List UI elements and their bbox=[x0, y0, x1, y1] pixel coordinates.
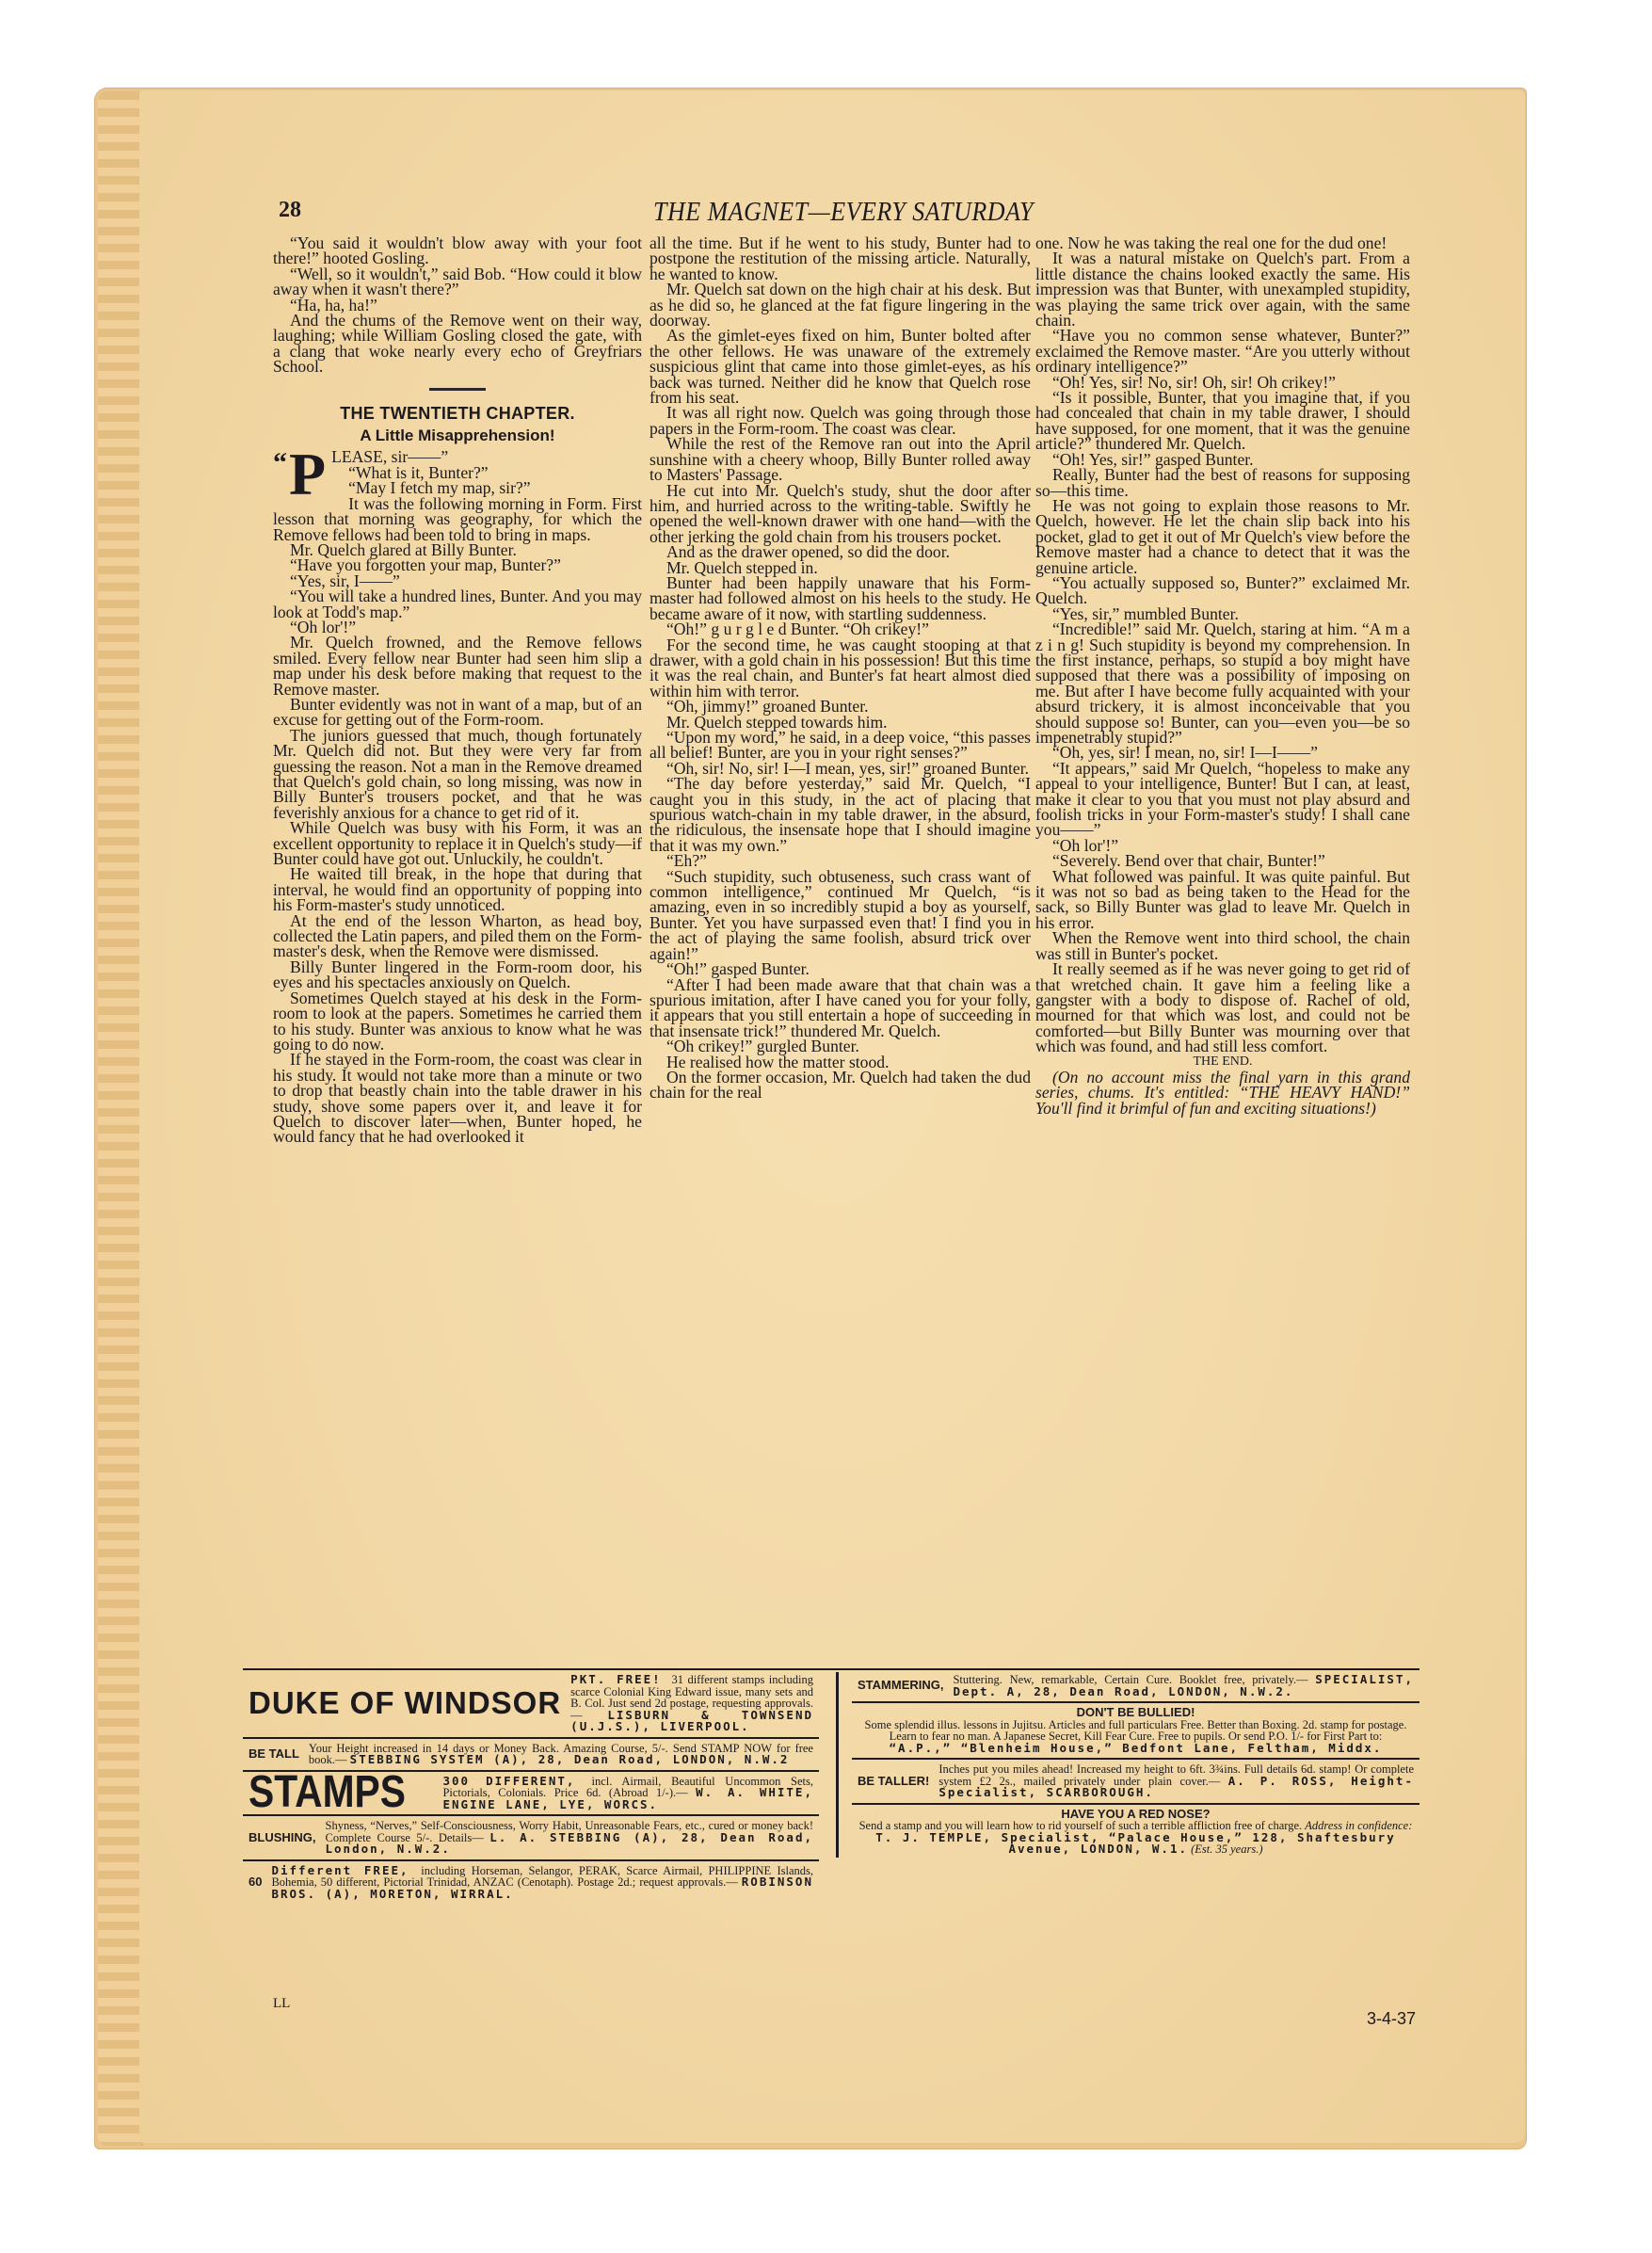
column-1-body: “What is it, Bunter?”“May I fetch my map… bbox=[273, 465, 642, 1145]
ad-headline-row: BE TALLER!Inches put you miles ahead! In… bbox=[858, 1763, 1414, 1799]
story-paragraph: While the rest of the Remove ran out int… bbox=[650, 436, 1031, 482]
printer-code: LL bbox=[273, 1996, 290, 2012]
ad-be-taller: BE TALLER!Inches put you miles ahead! In… bbox=[852, 1762, 1419, 1801]
column-2-body: all the time. But if he went to his stud… bbox=[650, 235, 1031, 1101]
story-column-2: all the time. But if he went to his stud… bbox=[650, 235, 1031, 1101]
story-paragraph: “The day before yesterday,” said Mr. Que… bbox=[650, 776, 1031, 853]
ad-headline-row: STAMMERING,Stuttering. New, remarkable, … bbox=[858, 1674, 1414, 1698]
ad-divider bbox=[852, 1803, 1419, 1805]
ad-body: Different FREE, including Horseman, Sela… bbox=[271, 1865, 813, 1901]
story-paragraph: “Have you no common sense whatever, Bunt… bbox=[1035, 328, 1410, 374]
ad-advertiser: STEBBING SYSTEM (A), 28, Dean Road, LOND… bbox=[350, 1752, 790, 1766]
story-paragraph: Bunter had been happily unaware that his… bbox=[650, 575, 1031, 621]
ad-sixty: 60Different FREE, including Horseman, Se… bbox=[243, 1863, 819, 1903]
story-paragraph: all the time. But if he went to his stud… bbox=[650, 235, 1031, 282]
ad-headline: BE TALLER! bbox=[858, 1776, 929, 1788]
ad-headline-row: DUKE OF WINDSORPKT. FREE! 31 different s… bbox=[249, 1674, 813, 1733]
magazine-title: THE MAGNET—EVERY SATURDAY bbox=[279, 197, 1408, 228]
ad-body-text: Some splendid illus. lessons in Jujitsu.… bbox=[865, 1718, 1407, 1744]
ad-headline-row: BE TALLYour Height increased in 14 days … bbox=[249, 1743, 813, 1766]
ads-right-column: STAMMERING,Stuttering. New, remarkable, … bbox=[836, 1672, 1419, 1858]
ad-headline: DUKE OF WINDSOR bbox=[249, 1698, 561, 1710]
ad-stammering: STAMMERING,Stuttering. New, remarkable, … bbox=[852, 1672, 1419, 1699]
story-paragraph: What followed was painful. It was quite … bbox=[1035, 869, 1410, 931]
story-paragraph: He cut into Mr. Quelch's study, shut the… bbox=[650, 483, 1031, 545]
ad-advertiser: LISBURN & TOWNSEND (U.J.S.), LIVERPOOL. bbox=[570, 1708, 813, 1734]
ad-stamps: STAMPS300 DIFFERENT, incl. Airmail, Beau… bbox=[243, 1774, 819, 1813]
story-paragraph: While Quelch was busy with his Form, it … bbox=[273, 820, 642, 866]
ad-advertiser: “A.P.,” “Blenheim House,” Bedfont Lane, … bbox=[890, 1741, 1383, 1755]
ad-headline: STAMMERING, bbox=[858, 1680, 943, 1692]
ad-body: Inches put you miles ahead! Increased my… bbox=[938, 1763, 1414, 1799]
story-paragraph: “Upon my word,” he said, in a deep voice… bbox=[650, 730, 1031, 761]
dropcap-letter: P bbox=[289, 451, 326, 498]
story-paragraph: “Such stupidity, such obtuseness, such c… bbox=[650, 869, 1031, 961]
ad-headline: 60 bbox=[249, 1876, 262, 1889]
story-paragraph: “It appears,” said Mr Quelch, “hopeless … bbox=[1035, 761, 1410, 838]
ad-be-tall: BE TALLYour Height increased in 14 days … bbox=[243, 1741, 819, 1768]
story-paragraph: Billy Bunter lingered in the Form-room d… bbox=[273, 959, 642, 990]
story-paragraph: If he stayed in the Form-room, the coast… bbox=[273, 1052, 642, 1144]
ad-duke: DUKE OF WINDSORPKT. FREE! 31 different s… bbox=[243, 1672, 819, 1735]
ad-headline-row: 60Different FREE, including Horseman, Se… bbox=[249, 1865, 813, 1901]
ad-headline: BE TALL bbox=[249, 1748, 299, 1761]
story-paragraph: At the end of the lesson Wharton, as hea… bbox=[273, 913, 642, 959]
story-paragraph: He was not going to explain those reason… bbox=[1035, 498, 1410, 575]
story-paragraph: When the Remove went into third school, … bbox=[1035, 930, 1410, 961]
dropcap-quote: “ bbox=[273, 449, 287, 477]
story-column-1: “You said it wouldn't blow away with you… bbox=[273, 235, 642, 1145]
ad-body: Stuttering. New, remarkable, Certain Cur… bbox=[953, 1674, 1414, 1698]
ad-body: Shyness, “Nerves,” Self-Consciousness, W… bbox=[326, 1820, 814, 1856]
story-paragraph: It really seemed as if he was never goin… bbox=[1035, 961, 1410, 1054]
story-paragraph: For the second time, he was caught stoop… bbox=[650, 637, 1031, 700]
story-paragraph: And the chums of the Remove went on thei… bbox=[273, 313, 642, 375]
story-paragraph: It was the following morning in Form. Fi… bbox=[273, 496, 642, 542]
ad-established: (Est. 35 years.) bbox=[1188, 1843, 1263, 1856]
section-rule bbox=[429, 388, 486, 391]
story-paragraph: “Is it possible, Bunter, that you imagin… bbox=[1035, 390, 1410, 452]
ads-left-column: DUKE OF WINDSORPKT. FREE! 31 different s… bbox=[243, 1672, 819, 1902]
advertisements: DUKE OF WINDSORPKT. FREE! 31 different s… bbox=[243, 1666, 1419, 1968]
ad-divider bbox=[852, 1758, 1419, 1760]
story-paragraph: It was all right now. Quelch was going t… bbox=[650, 405, 1031, 436]
story-paragraph: Mr. Quelch frowned, and the Remove fello… bbox=[273, 635, 642, 697]
ad-headline: STAMPS bbox=[249, 1787, 406, 1799]
column-1-opening: “You said it wouldn't blow away with you… bbox=[273, 235, 642, 375]
ad-body: PKT. FREE! 31 different stamps including… bbox=[570, 1674, 813, 1733]
ad-blushing: BLUSHING,Shyness, “Nerves,” Self-Conscio… bbox=[243, 1818, 819, 1858]
story-paragraph: Mr. Quelch sat down on the high chair at… bbox=[650, 282, 1031, 328]
story-paragraph: On the former occasion, Mr. Quelch had t… bbox=[650, 1070, 1031, 1101]
story-column-3: one. Now he was taking the real one for … bbox=[1035, 235, 1410, 1116]
ad-red-nose: HAVE YOU A RED NOSE?Send a stamp and you… bbox=[852, 1807, 1419, 1858]
story-paragraph: Sometimes Quelch stayed at his desk in t… bbox=[273, 990, 642, 1053]
ad-divider bbox=[852, 1701, 1419, 1703]
ad-divider bbox=[243, 1737, 819, 1739]
next-week-note: (On no account miss the final yarn in th… bbox=[1035, 1070, 1410, 1116]
ad-body: Send a stamp and you will learn how to r… bbox=[858, 1820, 1414, 1856]
story-paragraph: “You will take a hundred lines, Bunter. … bbox=[273, 588, 642, 620]
story-paragraph: As the gimlet-eyes fixed on him, Bunter … bbox=[650, 328, 1031, 405]
ad-headline-row: STAMPS300 DIFFERENT, incl. Airmail, Beau… bbox=[249, 1776, 813, 1811]
story-paragraph: “You said it wouldn't blow away with you… bbox=[273, 235, 642, 266]
story-paragraph: “You actually supposed so, Bunter?” excl… bbox=[1035, 575, 1410, 606]
ad-body: 300 DIFFERENT, incl. Airmail, Beautiful … bbox=[442, 1776, 813, 1811]
ad-body: Your Height increased in 14 days or Mone… bbox=[309, 1743, 813, 1766]
story-paragraph: “Well, so it wouldn't,” said Bob. “How c… bbox=[273, 266, 642, 298]
ad-body: Some splendid illus. lessons in Jujitsu.… bbox=[858, 1719, 1414, 1755]
ad-headline-row: BLUSHING,Shyness, “Nerves,” Self-Conscio… bbox=[249, 1820, 813, 1856]
story-paragraph: Bunter evidently was not in want of a ma… bbox=[273, 697, 642, 728]
story-paragraph: Really, Bunter had the best of reasons f… bbox=[1035, 467, 1410, 498]
ad-advertiser: T. J. TEMPLE, Specialist, “Palace House,… bbox=[875, 1830, 1396, 1857]
ad-divider bbox=[243, 1859, 819, 1861]
story-paragraph: “Incredible!” said Mr. Quelch, staring a… bbox=[1035, 621, 1410, 745]
ads-top-rule bbox=[243, 1668, 1419, 1670]
issue-date: 3-4-37 bbox=[1367, 2009, 1416, 2029]
ad-bullied: DON'T BE BULLIED!Some splendid illus. le… bbox=[852, 1705, 1419, 1756]
chapter-subtitle: A Little Misapprehension! bbox=[273, 428, 642, 443]
story-paragraph: He waited till break, in the hope that d… bbox=[273, 866, 642, 912]
story-paragraph: It was a natural mistake on Quelch's par… bbox=[1035, 250, 1410, 328]
column-3-body: one. Now he was taking the real one for … bbox=[1035, 235, 1410, 1054]
story-paragraph: The juniors guessed that much, though fo… bbox=[273, 728, 642, 820]
story-paragraph: “After I had been made aware that that c… bbox=[650, 977, 1031, 1039]
chapter-opening: “ P LEASE, sir——” “What is it, Bunter?”“… bbox=[273, 449, 642, 1144]
ad-headline: BLUSHING, bbox=[249, 1832, 316, 1844]
running-head: 28 THE MAGNET—EVERY SATURDAY bbox=[279, 198, 1408, 226]
chapter-title: THE TWENTIETH CHAPTER. bbox=[273, 406, 642, 421]
